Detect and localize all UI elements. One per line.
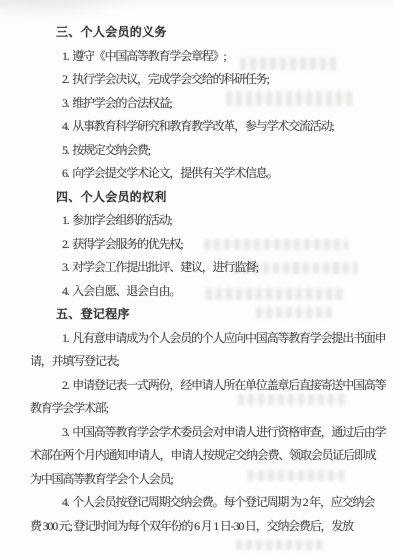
- document-line: 2. 执行学会决议，完成学会交给的科研任务;: [62, 68, 372, 92]
- document-line: 费 300 元; 登记时间为每个双年份的 6 月 1 日-30 日，交纳会费后，…: [30, 515, 372, 539]
- document-line: 术部在两个月内通知申请人，申请人按规定交纳会费、领取会员证后即成: [30, 444, 372, 468]
- document-line: 1. 遵守《中国高等教育学会章程》;: [62, 45, 372, 69]
- document-line: 2. 申请登记表一式两份，经申请人所在单位盖章后直接寄送中国高等: [62, 374, 372, 398]
- document-line: 教育学会学术部;: [30, 397, 372, 421]
- document-line: 请，并填写登记表;: [30, 350, 372, 374]
- document-line: 1. 凡有意申请成为个人会员的个人应向中国高等教育学会提出书面申: [62, 327, 372, 351]
- section-heading-procedure: 五、登记程序: [56, 303, 372, 327]
- document-line: 6. 向学会提交学术论文，提供有关学术信息。: [62, 162, 372, 186]
- document-line: 5. 按规定交纳会费;: [62, 139, 372, 163]
- section-heading-obligations: 三、个人会员的义务: [56, 21, 372, 45]
- document-line: 为中国高等教育学会个人会员;: [30, 468, 372, 492]
- document-line: 3. 中国高等教育学会学术委员会对申请人进行资格审查，通过后由学: [62, 421, 372, 445]
- section-heading-rights: 四、个人会员的权利: [56, 186, 372, 210]
- document-line: 1. 参加学会组织的活动;: [62, 209, 372, 233]
- document-line: 4. 从事教育科学研究和教育教学改革，参与学术交流活动;: [62, 115, 372, 139]
- document-line: 3. 对学会工作提出批评、建议，进行监督;: [62, 256, 372, 280]
- bleedthrough-artifact: [236, 540, 324, 550]
- scanned-document-page: 三、个人会员的义务 1. 遵守《中国高等教育学会章程》; 2. 执行学会决议，完…: [0, 0, 394, 560]
- document-line: 2. 获得学会服务的优先权;: [62, 233, 372, 257]
- document-line: 3. 维护学会的合法权益;: [62, 92, 372, 116]
- document-line: 4. 入会自愿、退会自由。: [62, 280, 372, 304]
- document-line: 4. 个人会员按登记周期交纳会费。每个登记周期 为 2 年，应交纳会: [62, 491, 372, 515]
